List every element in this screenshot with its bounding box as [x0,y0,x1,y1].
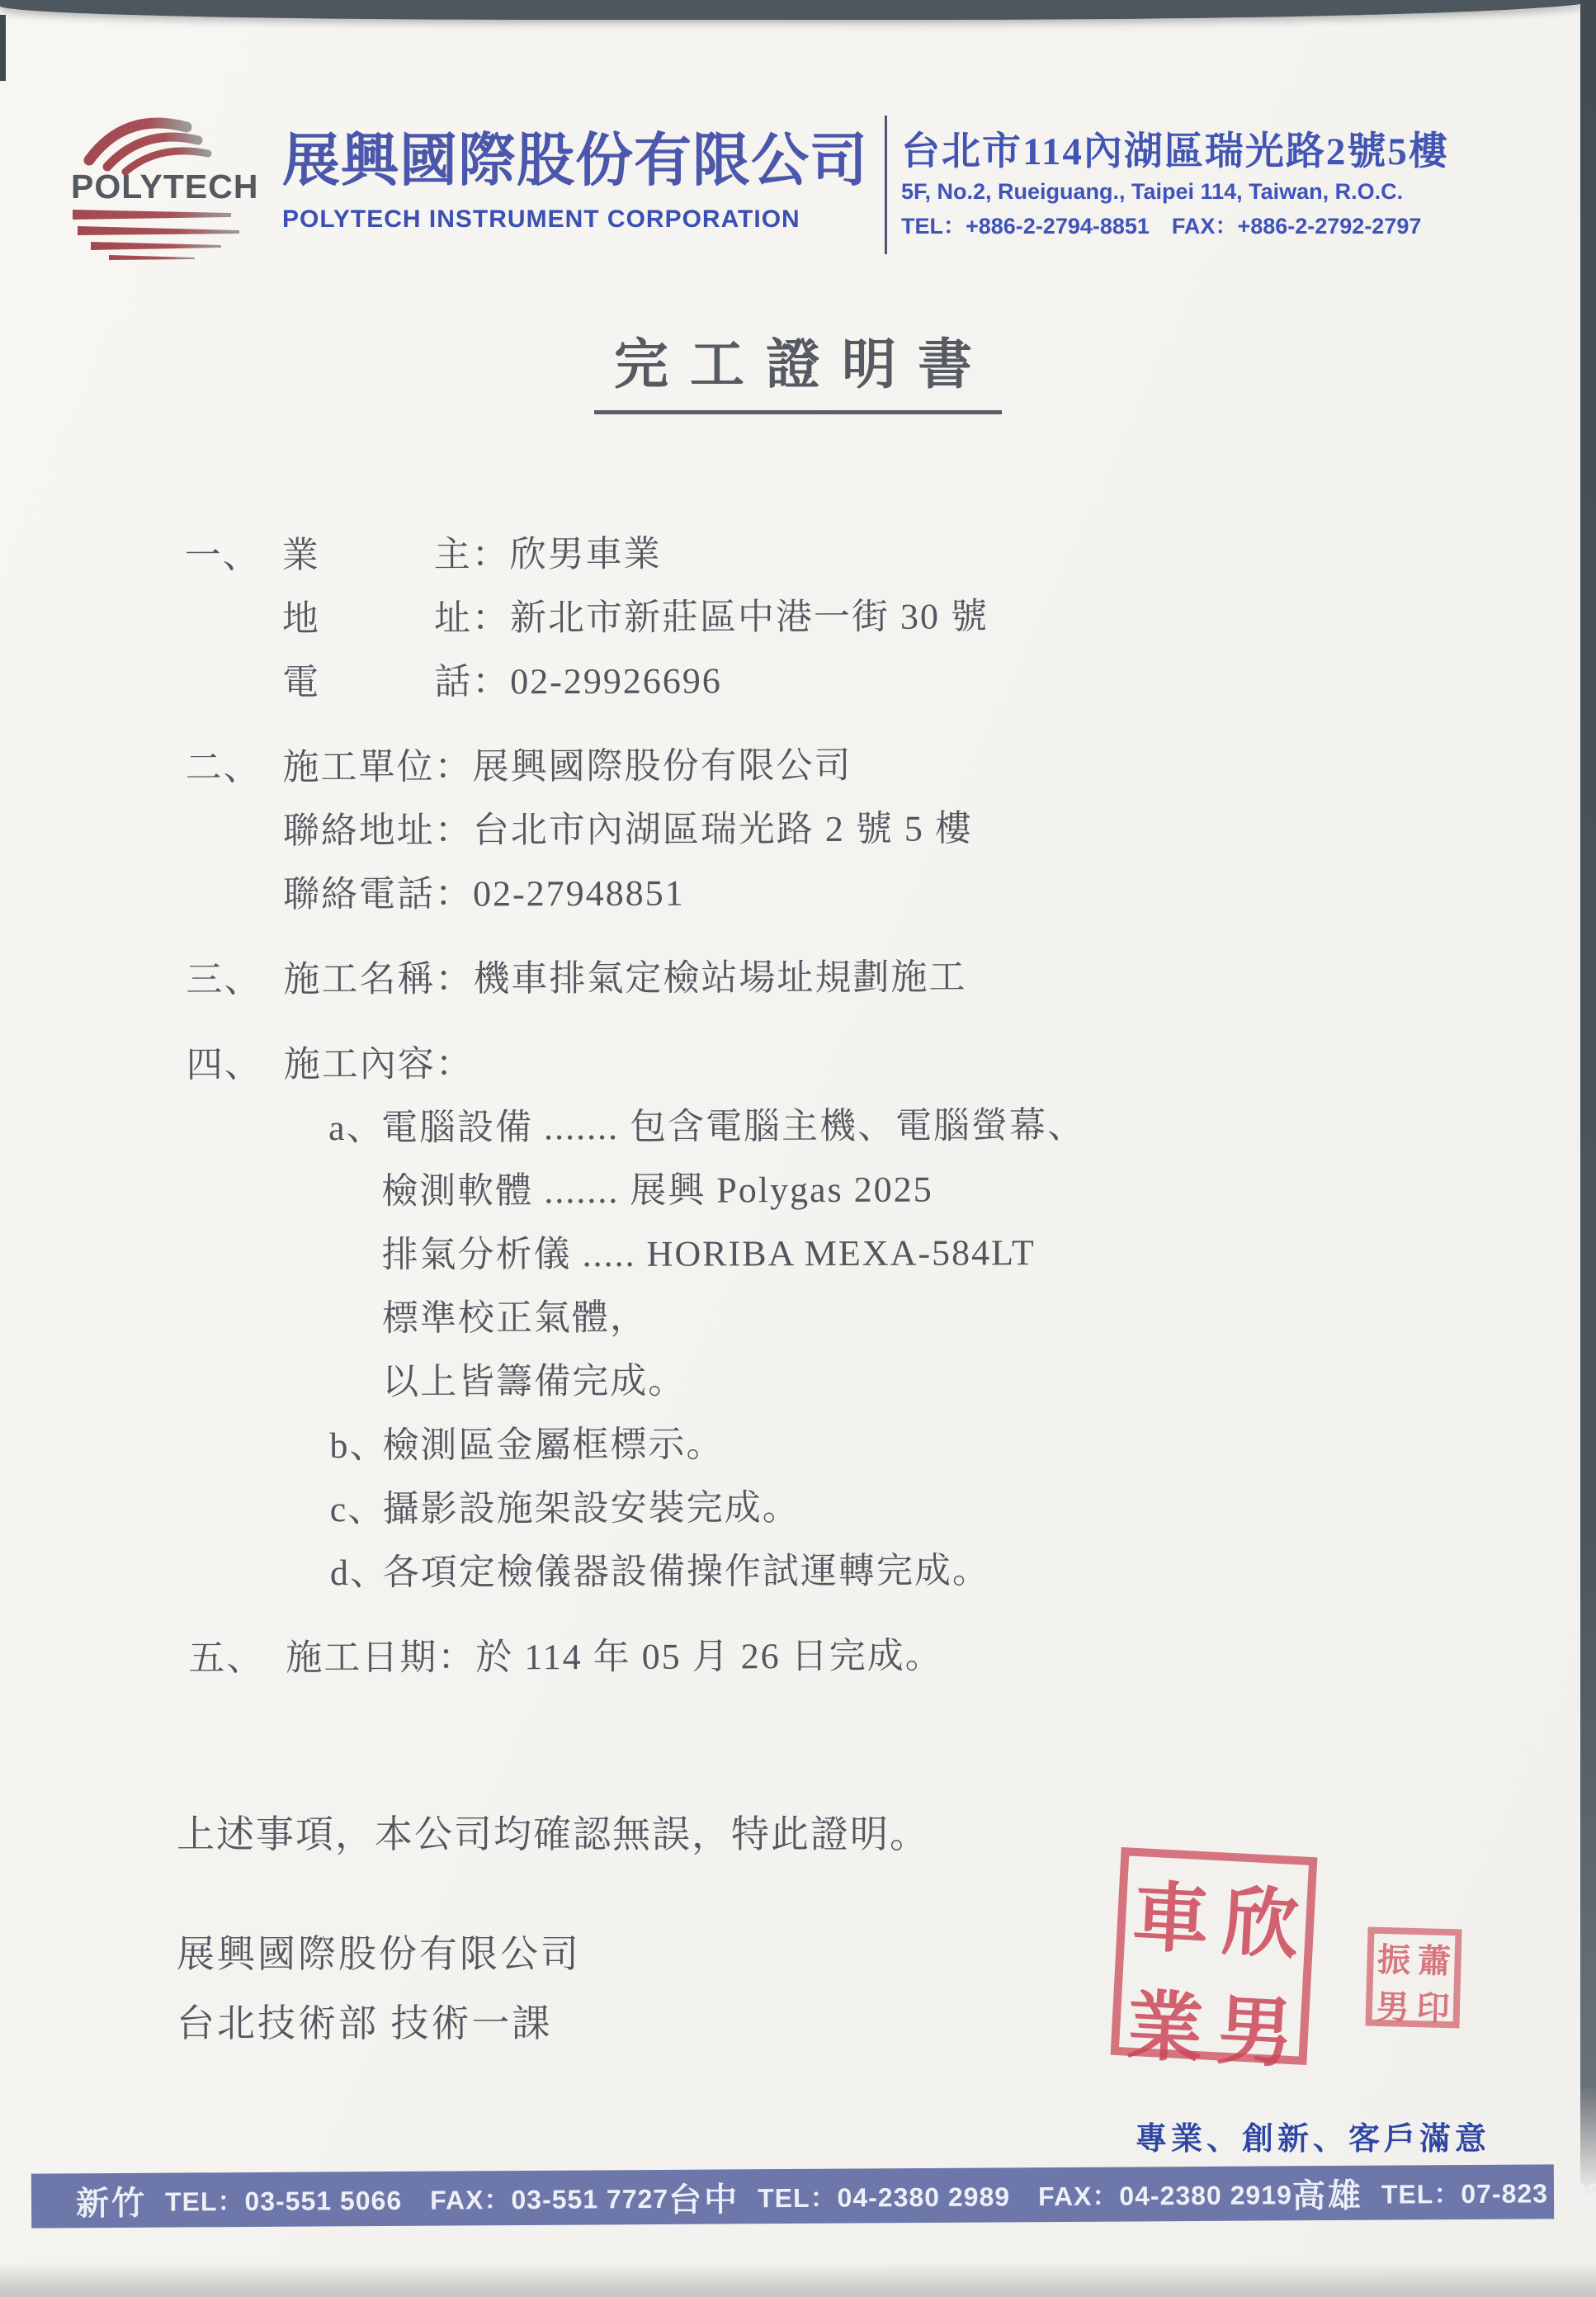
line-text: 各項定檢儀器設備操作試運轉完成。 [383,1550,990,1593]
body-line: d、各項定檢儀器設備操作試運轉完成。 [188,1537,1476,1605]
body-line: 聯絡地址：台北市內湖區瑞光路 2 號 5 樓 [186,795,1473,863]
item-marker: b、 [329,1414,382,1477]
branch-city: 台中 [668,2173,739,2221]
body-line: 地 址：新北市新莊區中港一街 30 號 [185,583,1472,650]
line-text: 攝影設施架設安裝完成。 [383,1487,800,1529]
footer-contact-bar: 新竹 TEL：03-551 5066 FAX：03-551 7727 台中 TE… [31,2164,1554,2228]
line-text: 施工單位：展興國際股份有限公司 [282,745,852,787]
company-address-block: 台北市114內湖區瑞光路2號5樓 5F, No.2, Rueiguang., T… [901,121,1561,240]
line-text: 檢測區金屬框標示。 [382,1424,724,1465]
item-marker: 三、 [186,948,283,1011]
line-text: 施工名稱：機車排氣定檢站場址規劃施工 [283,957,966,1000]
scanned-certificate-page: POLYTECH 展興國際股份有限公司 POLYTECH INSTRUMENT … [0,0,1596,2297]
line-text: 聯絡電話：02-27948851 [283,873,685,915]
body-line: 以上皆籌備完成。 [187,1346,1475,1414]
body-line: a、電腦設備 ....... 包含電腦主機、電腦螢幕、 [187,1092,1474,1160]
branch-taichung: 台中 TEL：04-2380 2989 FAX：04-2380 2919 [668,2170,1292,2221]
branch-fax: FAX：04-2380 2919 [1038,2174,1292,2214]
company-address-zh: 台北市114內湖區瑞光路2號5樓 [901,121,1561,176]
company-tel-fax: TEL：+886-2-2794-8851 FAX：+886-2-2792-279… [901,208,1561,240]
company-name-zh: 展興國際股份有限公司 [282,114,881,197]
seal-char: 車 [1123,1855,1219,1969]
line-text: 施工內容： [284,1044,474,1085]
body-line: 檢測軟體 ....... 展興 Polygas 2025 [187,1156,1474,1223]
line-text: 施工日期：於 114 年 05 月 26 日完成。 [286,1636,943,1679]
branch-tel: TEL：04-2380 2989 [758,2176,1010,2215]
item-marker: c、 [330,1477,383,1541]
body-line: 聯絡電話：02-27948851 [186,858,1473,926]
line-text: 電 話：02-29926696 [282,660,722,702]
branch-tel: TEL：07-823 2225 [1381,2172,1596,2212]
seal-char: 業 [1117,1964,1213,2078]
branch-fax: FAX：03-551 7727 [430,2178,668,2218]
seal-char: 男 [1372,1981,1413,2029]
item-marker: d、 [330,1541,383,1605]
signature-block: 展興國際股份有限公司 台北技術部 技術一課 [177,1920,581,2058]
polytech-logo-icon: POLYTECH [56,109,281,267]
branch-tel: TEL：03-551 5066 [165,2180,402,2219]
line-text: 業 主：欣男車業 [282,534,662,576]
item-marker: 一、 [185,523,282,587]
owner-red-seal: 車 欣 業 男 [1111,1847,1318,2065]
body-line: 標準校正氣體， [187,1283,1475,1350]
document-title: 完工證明書 [594,320,1002,414]
header-divider [885,116,887,254]
item-marker: 四、 [187,1033,284,1096]
signature-department: 台北技術部 技術一課 [177,1989,581,2058]
item-marker: 五、 [188,1626,286,1690]
body-line: 一、業 主：欣男車業 [185,519,1472,587]
body-line: 二、施工單位：展興國際股份有限公司 [185,731,1472,799]
branch-kaohsiung: 高雄 TEL：07-823 2225 FAX：07-823 2226 [1292,2166,1596,2216]
branch-city: 新竹 [76,2176,147,2224]
scan-edge-left [0,15,6,81]
company-slogan: 專業、創新、客戶滿意 [1136,2113,1490,2158]
title-wrap: 完工證明書 [0,320,1596,414]
branch-city: 高雄 [1292,2169,1363,2217]
seal-char: 振 [1373,1934,1414,1982]
line-text: 以上皆籌備完成。 [382,1361,686,1402]
body-line: c、攝影設施架設安裝完成。 [188,1473,1476,1541]
svg-text:POLYTECH: POLYTECH [71,168,258,206]
seal-char: 男 [1207,1969,1303,2083]
line-text: 電腦設備 ....... 包含電腦主機、電腦螢幕、 [381,1105,1085,1148]
line-text: 檢測軟體 ....... 展興 Polygas 2025 [381,1170,933,1212]
certificate-body: 一、業 主：欣男車業 地 址：新北市新莊區中港一街 30 號 電 話：02-29… [185,519,1476,1690]
signer-red-seal: 振 蕭 男 印 [1365,1927,1461,2029]
line-text: 排氣分析儀 ..... HORIBA MEXA-584LT [382,1232,1036,1275]
item-marker: 二、 [185,735,282,799]
signature-company: 展興國際股份有限公司 [177,1920,581,1989]
branch-hsinchu: 新竹 TEL：03-551 5066 FAX：03-551 7727 [76,2173,668,2224]
line-text: 標準校正氣體， [382,1297,648,1339]
seal-char: 蕭 [1414,1935,1455,1983]
line-text: 聯絡地址：台北市內湖區瑞光路 2 號 5 樓 [283,808,973,851]
scan-edge-top [0,0,1596,20]
company-name-en: POLYTECH INSTRUMENT CORPORATION [282,206,881,234]
scan-edge-bottom [0,2262,1596,2297]
body-line: 電 話：02-29926696 [185,646,1472,714]
body-line: 四、施工內容： [187,1028,1474,1096]
line-text: 地 址：新北市新莊區中港一街 30 號 [282,596,989,639]
body-line: 排氣分析儀 ..... HORIBA MEXA-584LT [187,1219,1474,1287]
body-line: 三、施工名稱：機車排氣定檢站場址規劃施工 [186,943,1473,1011]
body-line: b、檢測區金屬框標示。 [187,1410,1475,1477]
item-marker: a、 [328,1096,381,1160]
body-line: 五、施工日期：於 114 年 05 月 26 日完成。 [188,1622,1476,1690]
seal-char: 欣 [1213,1860,1309,1974]
company-address-en: 5F, No.2, Rueiguang., Taipei 114, Taiwan… [901,179,1561,205]
seal-char: 印 [1412,1982,1453,2030]
closing-statement: 上述事項，本公司均確認無誤，特此證明。 [177,1804,929,1859]
company-name-block: 展興國際股份有限公司 POLYTECH INSTRUMENT CORPORATI… [282,114,881,234]
